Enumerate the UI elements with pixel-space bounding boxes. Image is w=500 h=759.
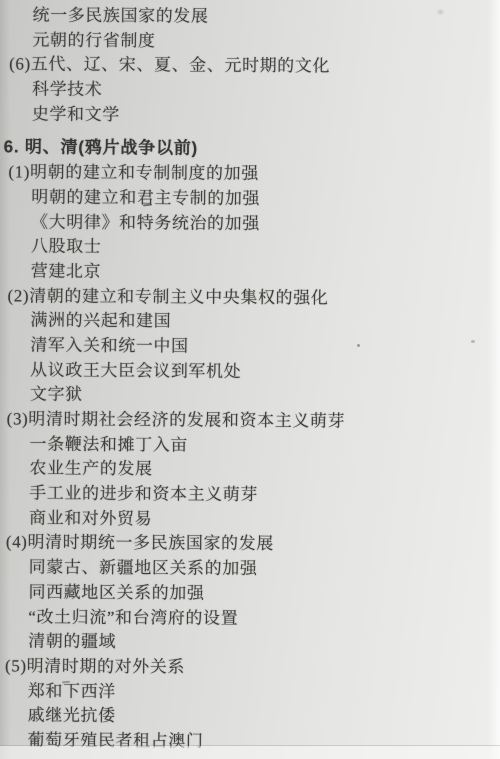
outline-line-text: 清朝的疆域 — [28, 632, 116, 652]
outline-line: 八股取士 — [1, 234, 500, 262]
scanned-page: 统一多民族国家的发展 元朝的行省制度 (6)五代、辽、宋、夏、金、元时期的文化 … — [0, 0, 500, 759]
outline-line-text: (2)清朝的建立和专制主义中央集权的强化 — [8, 286, 329, 307]
outline-line: 清军入关和统一中国 — [0, 333, 500, 361]
outline-line: (6)五代、辽、宋、夏、金、元时期的文化 — [2, 53, 500, 81]
outline-line-text: 满洲的兴起和建国 — [30, 311, 171, 331]
outline-line: 清朝的疆域 — [0, 629, 498, 657]
outline-line: 元朝的行省制度 — [2, 28, 500, 56]
outline-line-text: 营建北京 — [31, 261, 102, 280]
outline-line: 《大明律》和特务统治的加强 — [1, 210, 500, 238]
outline-line-text: 葡萄牙殖民者租占澳门 — [27, 730, 203, 750]
outline-line-text: 文字狱 — [30, 385, 83, 404]
outline-line-text: 手工业的进步和资本主义萌芽 — [29, 484, 258, 505]
outline-line-text: 商业和对外贸易 — [29, 508, 152, 528]
outline-line: 同西藏地区关系的加强 — [0, 580, 499, 608]
outline-line: 史学和文学 — [2, 102, 500, 130]
outline-line: 6. 明、清(鸦片战争以前) — [2, 136, 500, 164]
outline-line-text: (5)明清时期的对外关系 — [5, 656, 185, 676]
outline-line: 戚继光抗倭 — [0, 703, 498, 731]
outline-line-text: 统一多民族国家的发展 — [32, 5, 208, 25]
outline-line: 农业生产的发展 — [0, 457, 499, 485]
outline-line-text: 元朝的行省制度 — [32, 30, 155, 50]
outline-line: 文字狱 — [0, 383, 500, 411]
outline-line: 葡萄牙殖民者租占澳门 — [0, 728, 498, 756]
outline-line-text: “改土归流”和台湾府的设置 — [28, 607, 238, 627]
outline-line-text: (4)明清时期统一多民族国家的发展 — [6, 533, 274, 554]
outline-line: 明朝的建立和君主专制的加强 — [1, 185, 500, 213]
outline-line: (1)明朝的建立和专制制度的加强 — [1, 160, 500, 188]
outline-list: 统一多民族国家的发展 元朝的行省制度 (6)五代、辽、宋、夏、金、元时期的文化 … — [0, 0, 500, 756]
outline-line: (5)明清时期的对外关系 — [0, 654, 498, 682]
outline-line: (3)明清时期社会经济的发展和资本主义萌芽 — [0, 407, 500, 435]
outline-line-text: 《大明律》和特务统治的加强 — [31, 212, 260, 233]
outline-line-text: 同蒙古、新疆地区关系的加强 — [29, 558, 258, 579]
outline-line-text: (3)明清时期社会经济的发展和资本主义萌芽 — [7, 409, 346, 430]
outline-line: (2)清朝的建立和专制主义中央集权的强化 — [0, 284, 500, 312]
outline-line: (4)明清时期统一多民族国家的发展 — [0, 531, 499, 559]
outline-line-text: 史学和文学 — [32, 104, 120, 124]
outline-line-text: (6)五代、辽、宋、夏、金、元时期的文化 — [9, 55, 330, 76]
outline-line-text: 八股取士 — [31, 237, 102, 256]
outline-line: 商业和对外贸易 — [0, 506, 499, 534]
outline-line-text: 同西藏地区关系的加强 — [28, 582, 204, 602]
outline-line: 科学技术 — [2, 77, 500, 105]
outline-line: 郑和下西洋 — [0, 679, 498, 707]
outline-line: 同蒙古、新疆地区关系的加强 — [0, 555, 499, 583]
outline-line: “改土归流”和台湾府的设置 — [0, 605, 498, 633]
outline-line: 从议政王大臣会议到军机处 — [0, 358, 500, 386]
outline-line: 一条鞭法和摊丁入亩 — [0, 432, 500, 460]
outline-line-text: (1)明朝的建立和专制制度的加强 — [8, 162, 259, 183]
outline-line-text: 戚继光抗倭 — [28, 706, 116, 726]
outline-line-text: 6. 明、清(鸦片战争以前) — [4, 138, 199, 158]
outline-line-text: 从议政王大臣会议到军机处 — [30, 360, 241, 380]
outline-line: 手工业的进步和资本主义萌芽 — [0, 481, 499, 509]
outline-line: 营建北京 — [1, 259, 500, 287]
outline-line-text: 郑和下西洋 — [28, 681, 116, 701]
outline-line: 统一多民族国家的发展 — [2, 3, 500, 31]
outline-line-text: 农业生产的发展 — [29, 459, 152, 479]
outline-line-text: 清军入关和统一中国 — [30, 335, 189, 355]
outline-line-text: 明朝的建立和君主专制的加强 — [31, 187, 260, 208]
outline-line-text: 科学技术 — [32, 80, 103, 99]
outline-line: 满洲的兴起和建国 — [0, 309, 500, 337]
outline-line-text: 一条鞭法和摊丁入亩 — [29, 434, 188, 454]
